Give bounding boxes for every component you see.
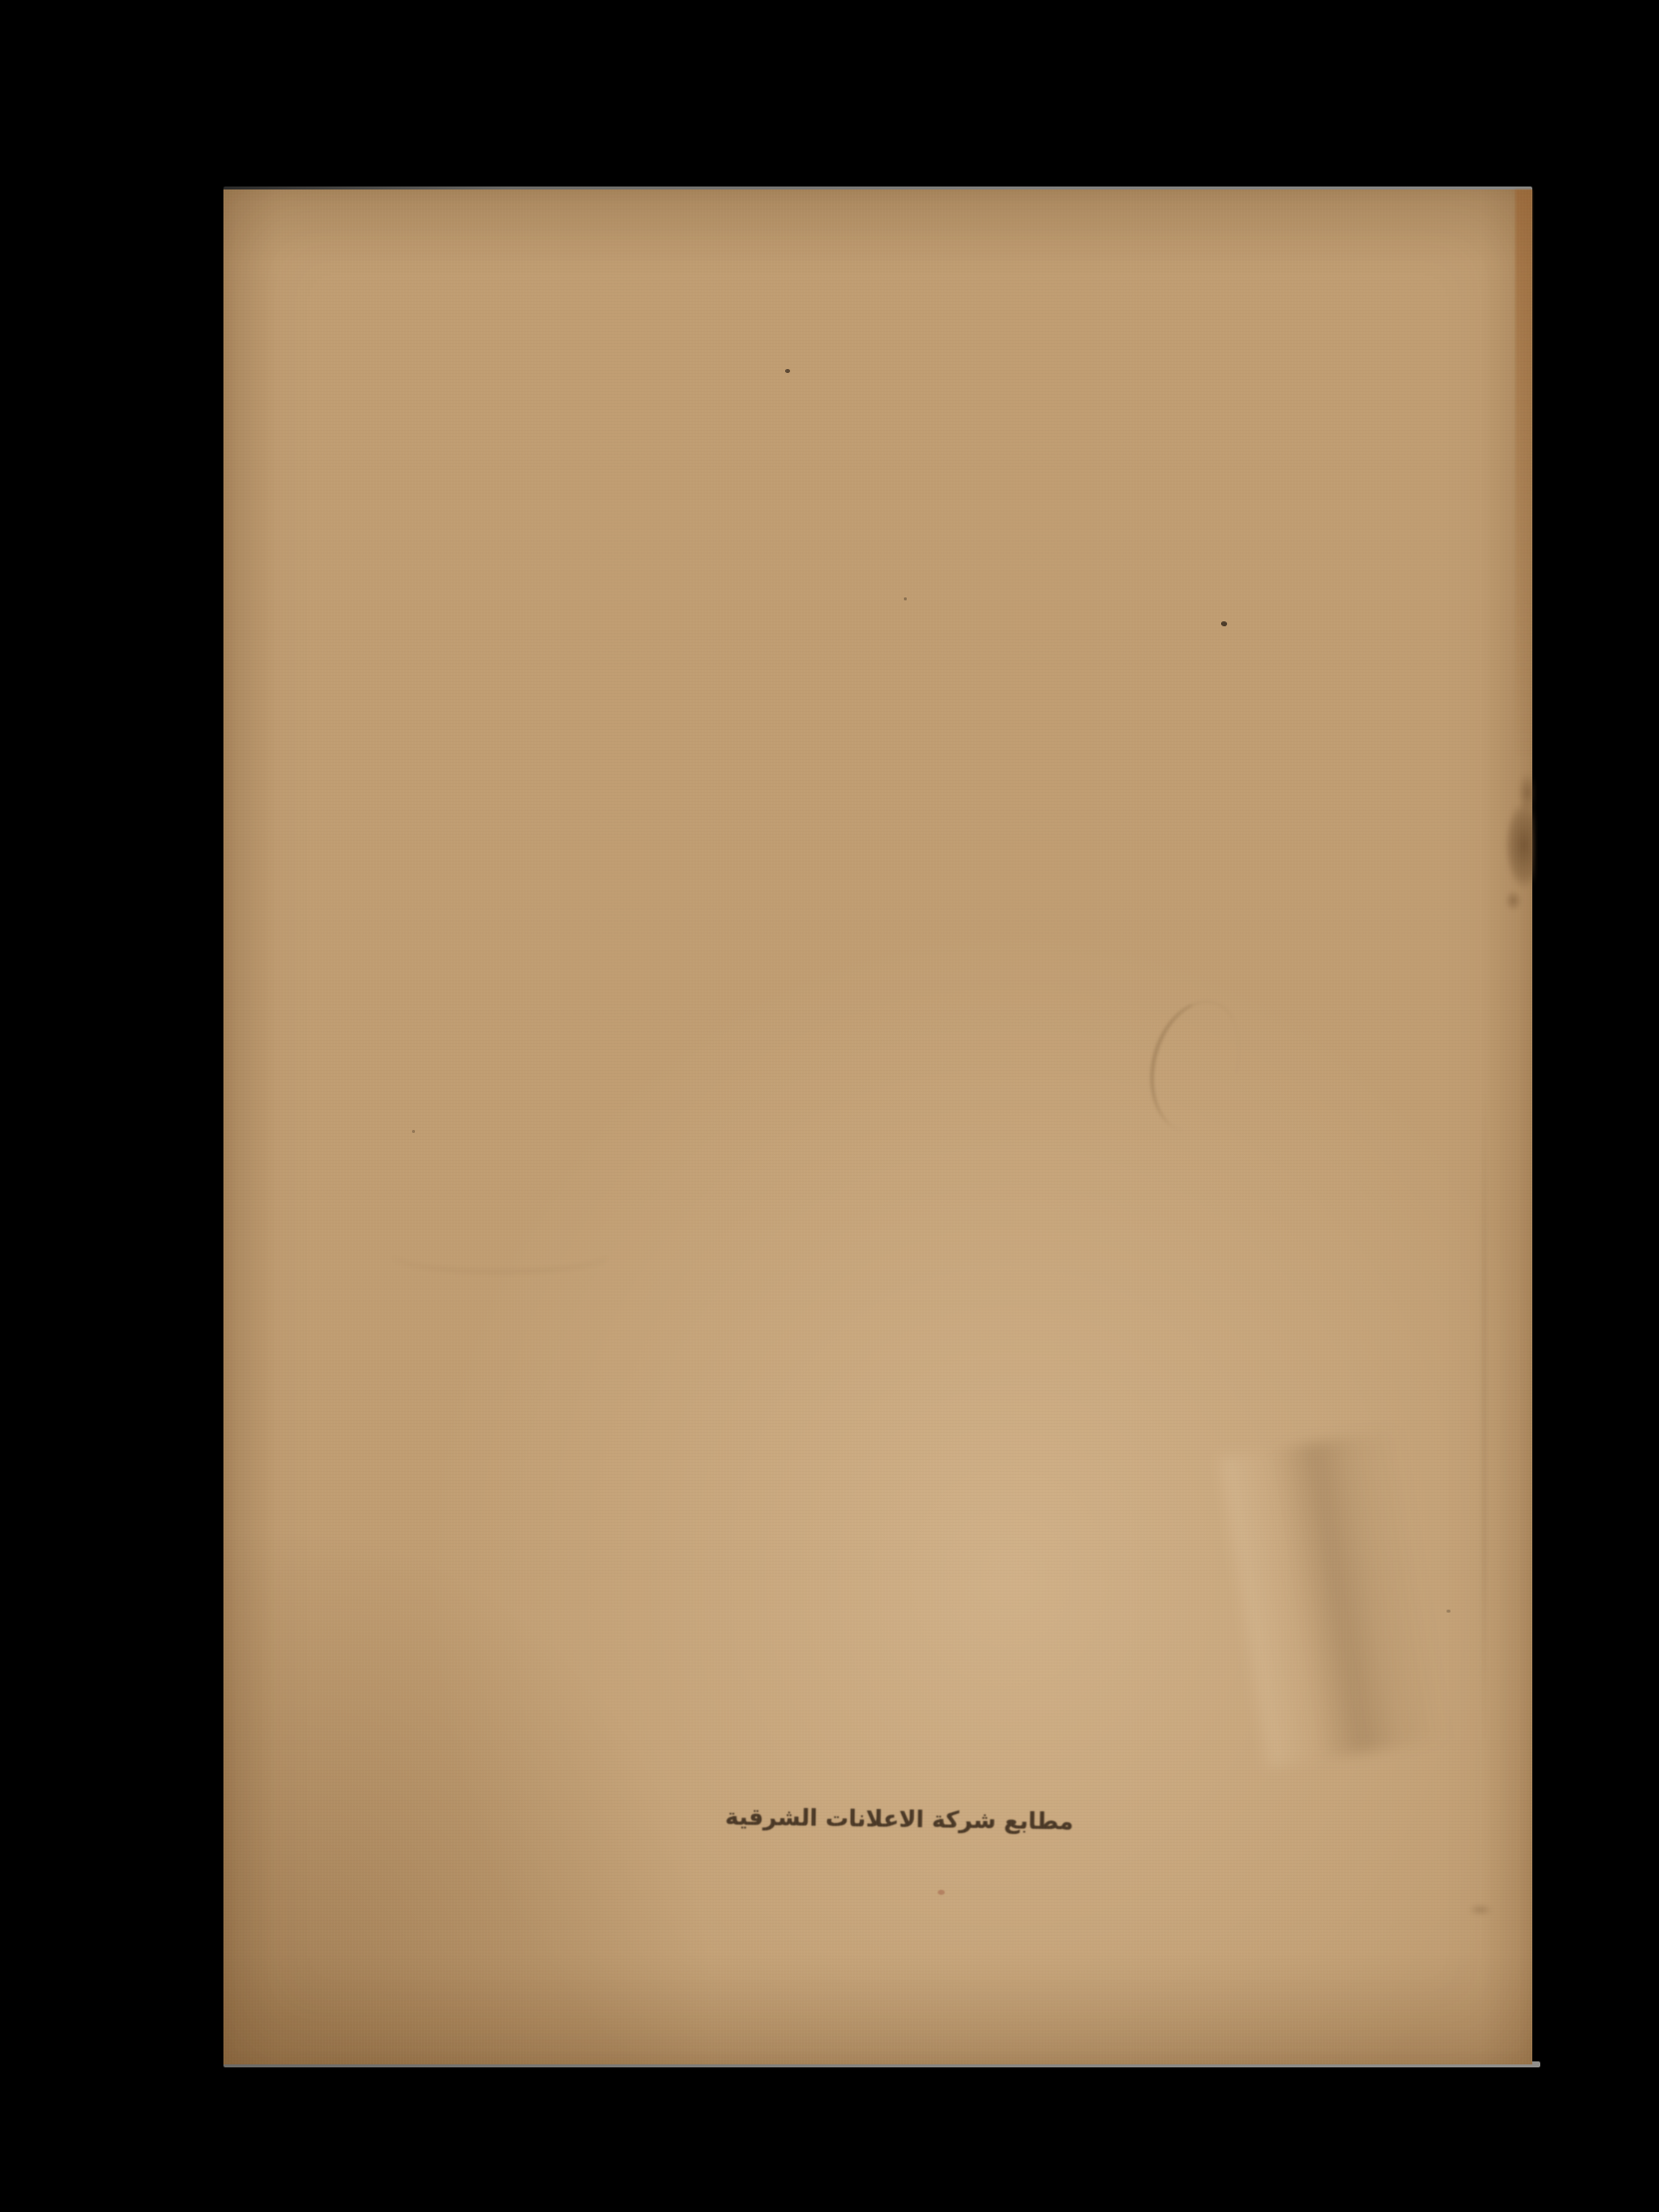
paper-speck <box>412 1130 415 1133</box>
right-edge-stain-tail <box>1502 888 1524 914</box>
paper-speck <box>785 369 790 373</box>
paper-speck <box>1447 1610 1451 1613</box>
paper-speck <box>904 597 907 600</box>
printer-imprint-text: مطابع شركة الاعلانات الشرقية <box>752 1805 1073 1835</box>
faint-red-mark <box>938 1890 945 1895</box>
corner-fold-shadow <box>1220 1428 1452 1767</box>
curved-crease-mark <box>1137 991 1252 1141</box>
bottom-right-smudge <box>1466 1903 1494 1917</box>
book-page-photograph: مطابع شركة الاعلانات الشرقية <box>0 0 1659 2212</box>
faint-horizontal-crease <box>393 1239 608 1273</box>
page-fore-edge-strip <box>1515 189 1532 758</box>
blank-book-page: مطابع شركة الاعلانات الشرقية <box>223 189 1532 2064</box>
faint-vertical-crease <box>1482 1087 1486 1745</box>
paper-speck <box>1220 620 1228 627</box>
